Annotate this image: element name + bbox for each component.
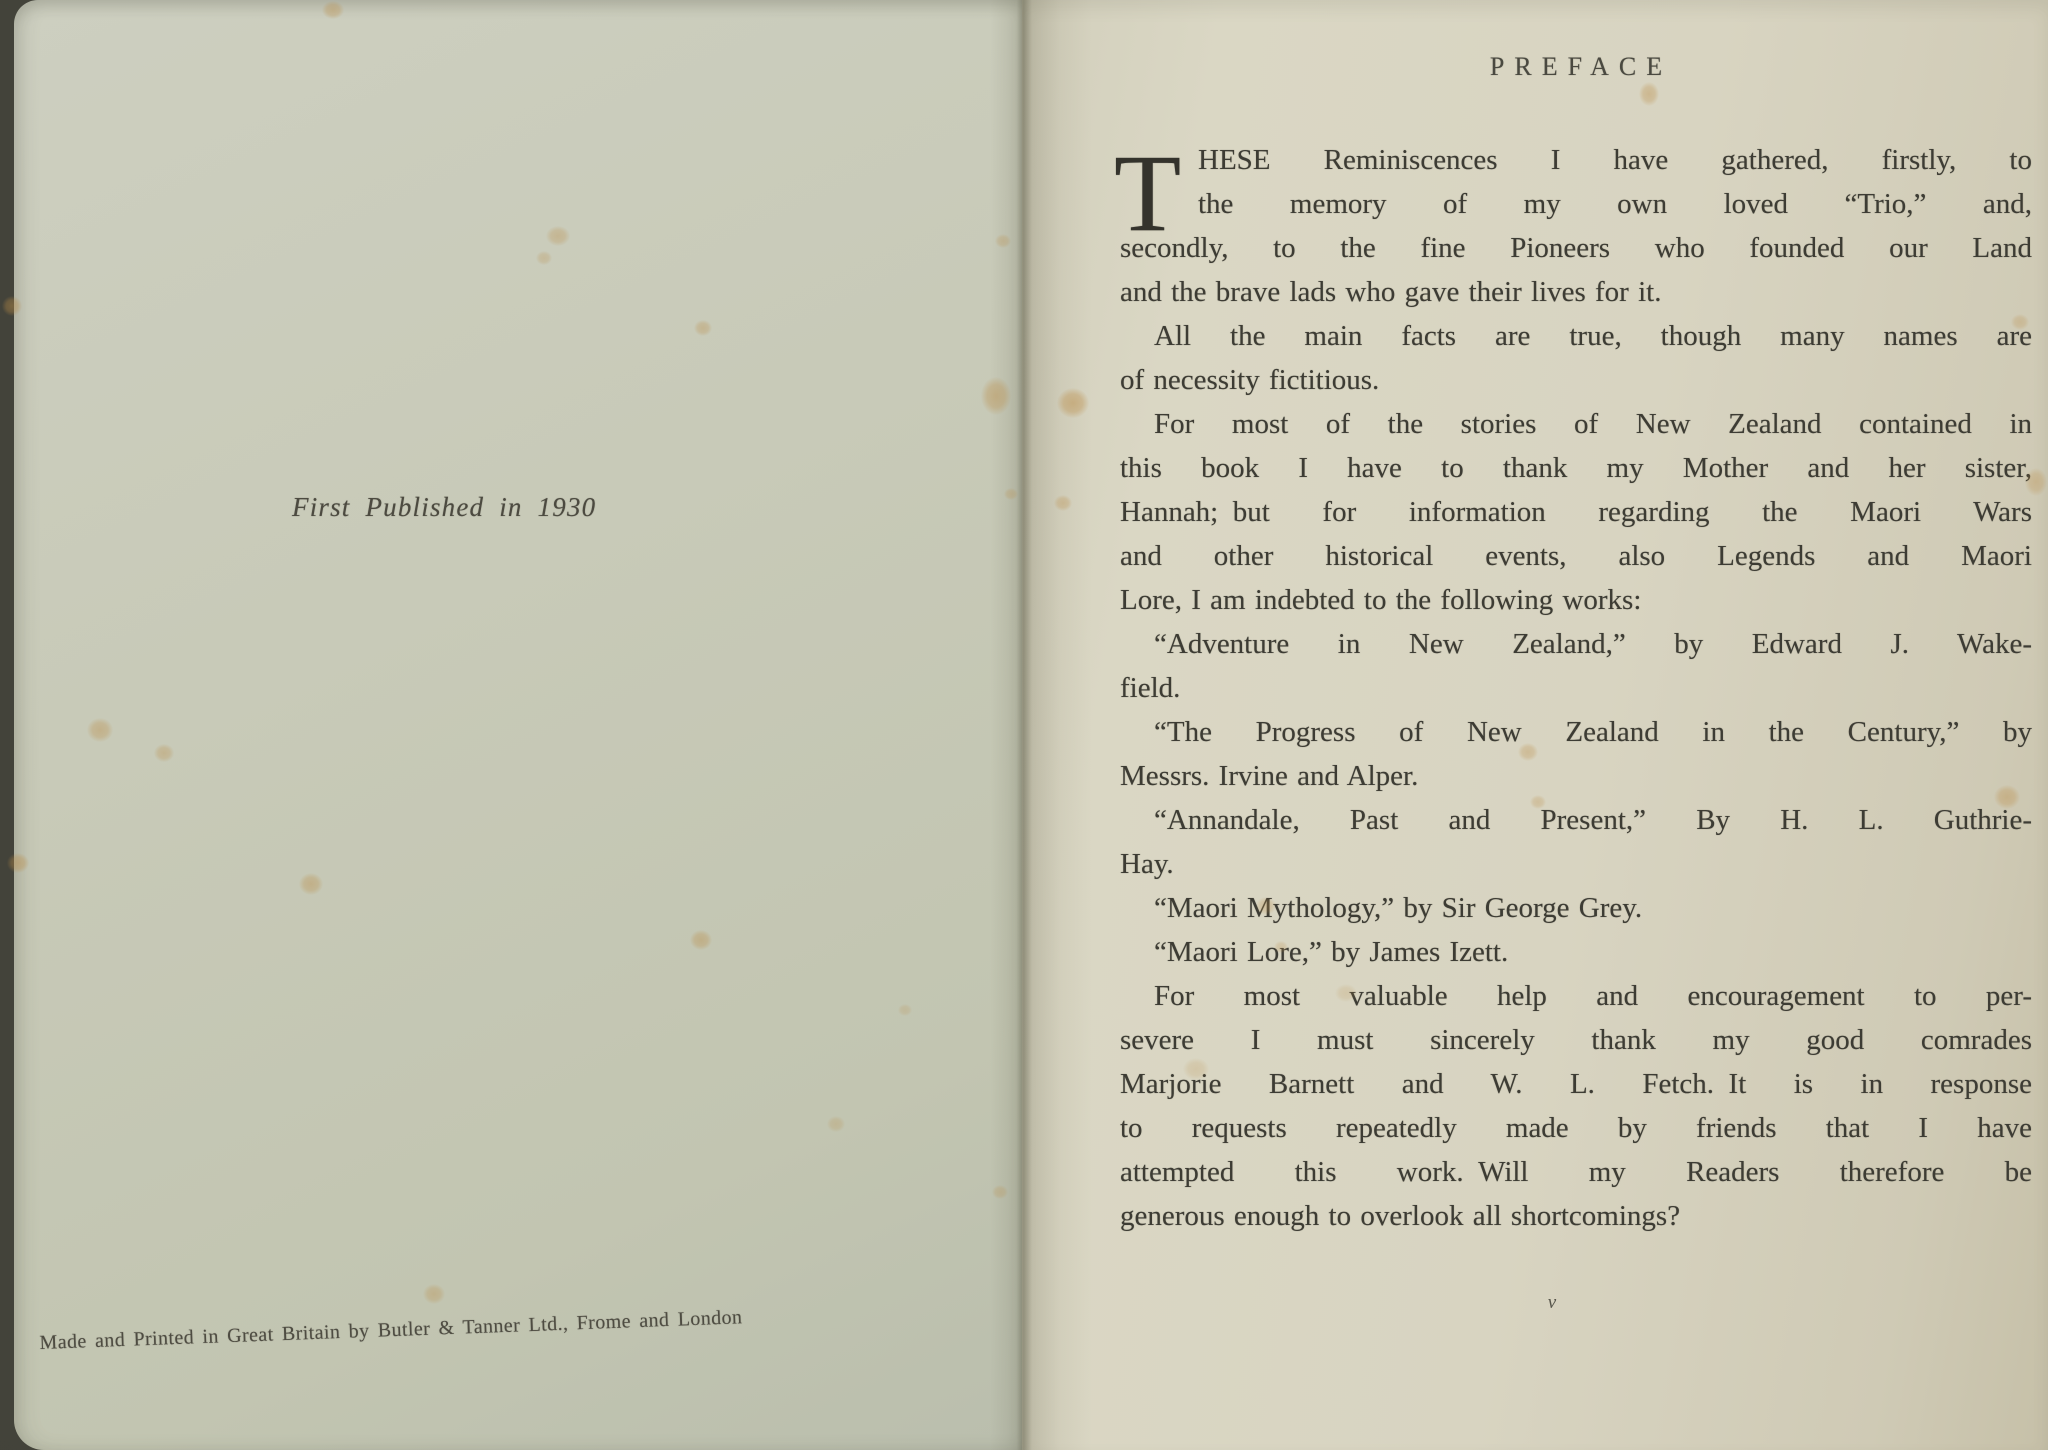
page-number: v	[1492, 1292, 1612, 1314]
preface-lines: HESE Reminiscences I have gathered, firs…	[1120, 138, 2032, 1238]
publication-note: First Published in 1930	[292, 492, 652, 523]
text-line: attempted this work. Will my Readers the…	[1120, 1150, 2032, 1194]
text-line: of necessity fictitious.	[1120, 358, 2032, 402]
text-line: field.	[1120, 666, 2032, 710]
text-line: “Maori Mythology,” by Sir George Grey.	[1120, 886, 2032, 930]
text-line: Hay.	[1120, 842, 2032, 886]
text-line: to requests repeatedly made by friends t…	[1120, 1106, 2032, 1150]
text-line: this book I have to thank my Mother and …	[1120, 446, 2032, 490]
text-line: severe I must sincerely thank my good co…	[1120, 1018, 2032, 1062]
text-line: “Maori Lore,” by James Izett.	[1120, 930, 2032, 974]
drop-cap: T	[1114, 138, 1181, 248]
preface-text-block: T HESE Reminiscences I have gathered, fi…	[1120, 138, 2032, 1238]
text-line: Marjorie Barnett and W. L. Fetch. It is …	[1120, 1062, 2032, 1106]
text-line: Messrs. Irvine and Alper.	[1120, 754, 2032, 798]
text-line: “Annandale, Past and Present,” By H. L. …	[1120, 798, 2032, 842]
text-line: generous enough to overlook all shortcom…	[1120, 1194, 2032, 1238]
text-line: All the main facts are true, though many…	[1120, 314, 2032, 358]
left-page: First Published in 1930 Made and Printed…	[14, 0, 1022, 1450]
right-page: PREFACE T HESE Reminiscences I have gath…	[1022, 0, 2048, 1450]
text-line: “Adventure in New Zealand,” by Edward J.…	[1120, 622, 2032, 666]
text-line: HESE Reminiscences I have gathered, firs…	[1198, 138, 2032, 182]
text-line: the memory of my own loved “Trio,” and,	[1198, 182, 2032, 226]
text-line: and the brave lads who gave their lives …	[1120, 270, 2032, 314]
printer-imprint: Made and Printed in Great Britain by But…	[39, 1298, 969, 1355]
text-line: secondly, to the fine Pioneers who found…	[1120, 226, 2032, 270]
text-line: and other historical events, also Legend…	[1120, 534, 2032, 578]
preface-heading: PREFACE	[1120, 52, 2032, 82]
text-line: Hannah; but for information regarding th…	[1120, 490, 2032, 534]
book-photo: First Published in 1930 Made and Printed…	[0, 0, 2048, 1450]
text-line: “The Progress of New Zealand in the Cent…	[1120, 710, 2032, 754]
text-line: For most of the stories of New Zealand c…	[1120, 402, 2032, 446]
text-line: Lore, I am indebted to the following wor…	[1120, 578, 2032, 622]
text-line: For most valuable help and encouragement…	[1120, 974, 2032, 1018]
